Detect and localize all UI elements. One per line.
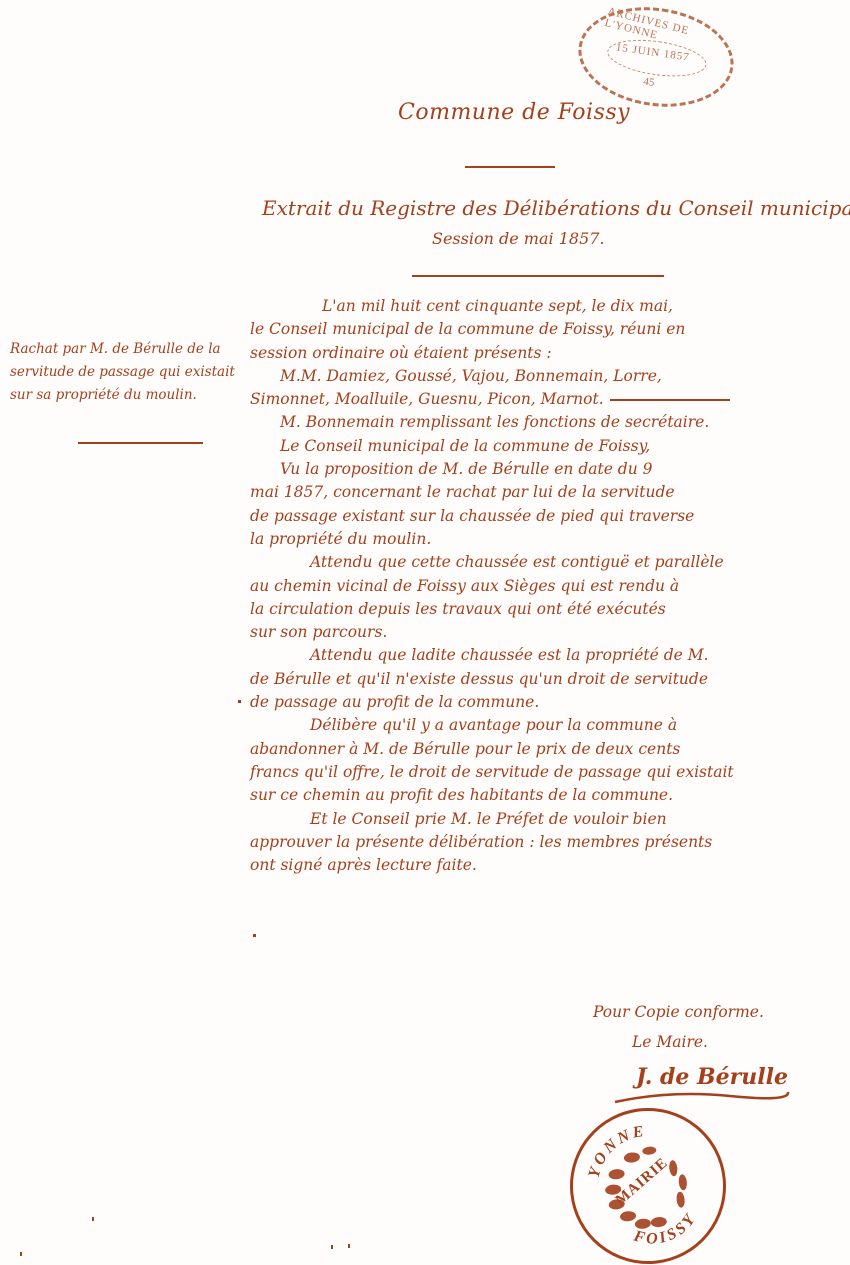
document-page: ARCHIVES DE L'YONNE 15 JUIN 1857 45 Comm… (0, 0, 850, 1265)
title-divider (465, 166, 555, 168)
body-line: de passage au profit de la commune. (250, 691, 830, 714)
body-line: session ordinaire où étaient présents : (250, 342, 830, 365)
body-line: francs qu'il offre, le droit de servitud… (250, 761, 830, 784)
margin-note: Rachat par M. de Bérulle de la servitude… (10, 338, 260, 407)
ink-speck (92, 1217, 94, 1221)
copy-conform-note: Pour Copie conforme. (593, 1003, 764, 1021)
body-line: abandonner à M. de Bérulle pour le prix … (250, 738, 830, 761)
body-line: au chemin vicinal de Foissy aux Sièges q… (250, 575, 830, 598)
body-line: sur ce chemin au profit des habitants de… (250, 784, 830, 807)
line-filler-rule (610, 399, 730, 401)
ink-speck (20, 1252, 22, 1256)
body-line: ont signé après lecture faite. (250, 854, 830, 877)
ink-speck (348, 1244, 350, 1248)
body-line: le Conseil municipal de la commune de Fo… (250, 318, 830, 341)
svg-text:FOISSY: FOISSY (628, 1208, 703, 1250)
body-line: mai 1857, concernant le rachat par lui d… (250, 481, 830, 504)
body-line: Simonnet, Moalluile, Guesnu, Picon, Marn… (250, 388, 830, 411)
body-line: Et le Conseil prie M. le Préfet de voulo… (250, 808, 830, 831)
body-line: sur son parcours. (250, 621, 830, 644)
body-line: Attendu que ladite chaussée est la propr… (250, 644, 830, 667)
body-line: la propriété du moulin. (250, 528, 830, 551)
ink-speck (238, 700, 241, 703)
body-line: de passage existant sur la chaussée de p… (250, 505, 830, 528)
body-line: de Bérulle et qu'il n'existe dessus qu'u… (250, 668, 830, 691)
body-line: la circulation depuis les travaux qui on… (250, 598, 830, 621)
mairie-seal: YONNE FOISSY MAIRIE (562, 1100, 733, 1265)
document-title: Commune de Foissy (398, 100, 630, 125)
subtitle-divider (412, 275, 664, 277)
signature-flourish-icon (610, 1088, 790, 1104)
body-line: M.M. Damiez, Goussé, Vajou, Bonnemain, L… (250, 365, 830, 388)
body-line: Vu la proposition de M. de Bérulle en da… (250, 458, 830, 481)
session-date: Session de mai 1857. (432, 229, 605, 248)
body-line: M. Bonnemain remplissant les fonctions d… (250, 411, 830, 434)
body-line: L'an mil huit cent cinquante sept, le di… (250, 295, 830, 318)
ink-speck (253, 934, 256, 937)
ink-speck (331, 1245, 333, 1249)
archive-stamp: ARCHIVES DE L'YONNE 15 JUIN 1857 45 (572, 0, 740, 116)
archive-stamp-number: 45 (643, 76, 656, 89)
mayor-signature: J. de Bérulle (636, 1064, 788, 1090)
body-line: Le Conseil municipal de la commune de Fo… (250, 435, 830, 458)
deliberation-body: L'an mil huit cent cinquante sept, le di… (250, 295, 830, 877)
body-line: approuver la présente délibération : les… (250, 831, 830, 854)
margin-note-divider (78, 442, 203, 444)
mayor-label: Le Maire. (632, 1033, 708, 1051)
body-line-text: Simonnet, Moalluile, Guesnu, Picon, Marn… (250, 390, 604, 408)
body-line: Délibère qu'il y a avantage pour la comm… (250, 714, 830, 737)
body-line: Attendu que cette chaussée est contiguë … (250, 551, 830, 574)
document-subtitle: Extrait du Registre des Délibérations du… (262, 196, 850, 220)
